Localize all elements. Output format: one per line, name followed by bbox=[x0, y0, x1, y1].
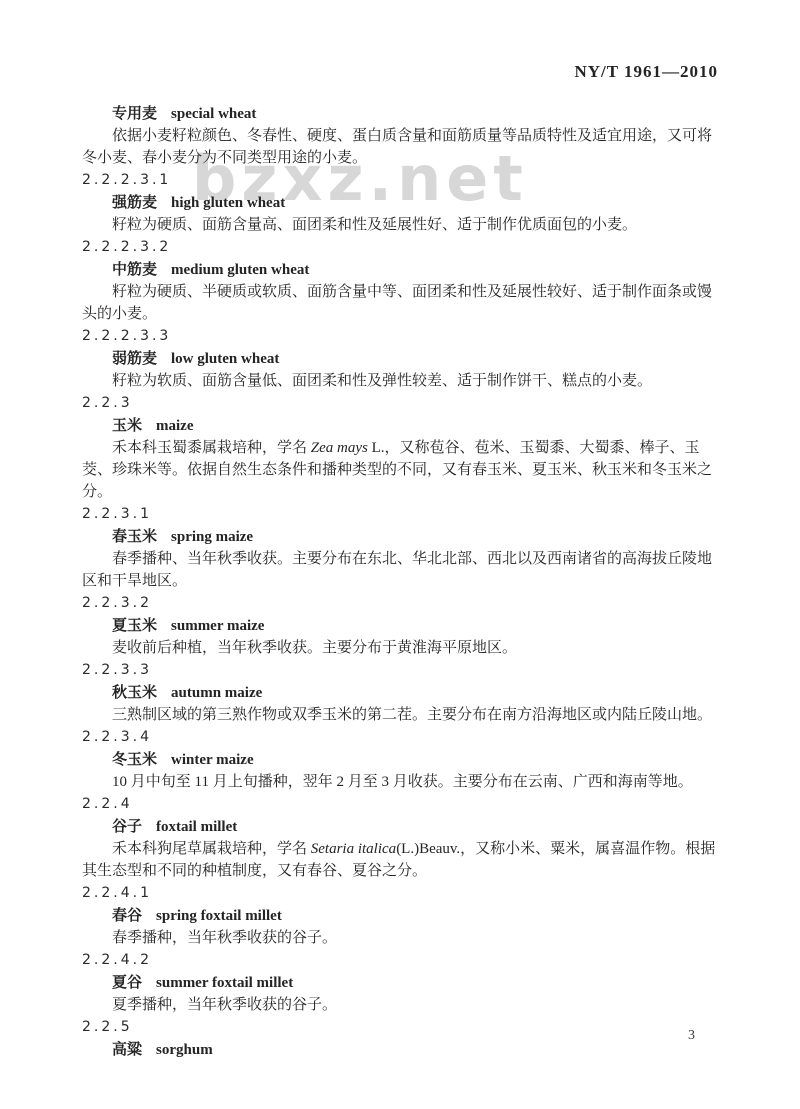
term-line: 夏玉米summer maize bbox=[82, 614, 718, 637]
section-number: 2.2.2.3.3 bbox=[82, 325, 718, 347]
term-zh: 夏玉米 bbox=[112, 616, 157, 634]
term-definition: 依据小麦籽粒颜色、冬春性、硬度、蛋白质含量和面筋质量等品质特性及适宜用途，又可将… bbox=[82, 125, 718, 169]
term-entry: 2.2.3.2 夏玉米summer maize 麦收前后种植，当年秋季收获。主要… bbox=[82, 592, 718, 659]
term-entry: 2.2.4.2 夏谷summer foxtail millet 夏季播种，当年秋… bbox=[82, 949, 718, 1016]
term-en: special wheat bbox=[171, 106, 256, 122]
term-entry: 2.2.2.3.1 强筋麦high gluten wheat 籽粒为硬质、面筋含… bbox=[82, 169, 718, 236]
term-zh: 弱筋麦 bbox=[112, 349, 157, 367]
term-en: summer foxtail millet bbox=[156, 975, 293, 991]
term-line: 玉米maize bbox=[82, 414, 718, 437]
term-zh: 玉米 bbox=[112, 416, 142, 434]
term-line: 春玉米spring maize bbox=[82, 525, 718, 548]
term-definition: 麦收前后种植，当年秋季收获。主要分布于黄淮海平原地区。 bbox=[82, 637, 718, 659]
term-zh: 夏谷 bbox=[112, 973, 142, 991]
term-entry: 2.2.3.4 冬玉米winter maize 10 月中旬至 11 月上旬播种… bbox=[82, 726, 718, 793]
term-zh: 高粱 bbox=[112, 1040, 142, 1058]
term-entry: 2.2.4 谷子foxtail millet 禾本科狗尾草属栽培种，学名 Set… bbox=[82, 793, 718, 882]
definition-text: 禾本科狗尾草属栽培种，学名 bbox=[112, 841, 311, 857]
term-definition: 籽粒为软质、面筋含量低、面团柔和性及弹性较差、适于制作饼干、糕点的小麦。 bbox=[82, 370, 718, 392]
term-line: 夏谷summer foxtail millet bbox=[82, 971, 718, 994]
definition-text: 禾本科玉蜀黍属栽培种，学名 bbox=[112, 440, 311, 456]
term-en: high gluten wheat bbox=[171, 195, 285, 211]
section-number: 2.2.2.3.1 bbox=[82, 169, 718, 191]
term-zh: 秋玉米 bbox=[112, 683, 157, 701]
term-entry: 2.2.3 玉米maize 禾本科玉蜀黍属栽培种，学名 Zea mays L.，… bbox=[82, 392, 718, 503]
term-en: winter maize bbox=[171, 752, 254, 768]
term-line: 冬玉米winter maize bbox=[82, 748, 718, 771]
section-number: 2.2.5 bbox=[82, 1016, 718, 1038]
term-entry: 2.2.2.3.3 弱筋麦low gluten wheat 籽粒为软质、面筋含量… bbox=[82, 325, 718, 392]
scientific-name: Setaria italica bbox=[311, 841, 396, 857]
term-definition: 10 月中旬至 11 月上旬播种，翌年 2 月至 3 月收获。主要分布在云南、广… bbox=[82, 771, 718, 793]
term-definition: 禾本科玉蜀黍属栽培种，学名 Zea mays L.，又称苞谷、苞米、玉蜀黍、大蜀… bbox=[82, 437, 718, 503]
section-number: 2.2.4.2 bbox=[82, 949, 718, 971]
term-definition: 夏季播种，当年秋季收获的谷子。 bbox=[82, 994, 718, 1016]
section-number: 2.2.3.1 bbox=[82, 503, 718, 525]
document-page: NY/T 1961—2010 bzxz.net 专用麦special wheat… bbox=[0, 0, 800, 1109]
term-definition: 籽粒为硬质、面筋含量高、面团柔和性及延展性好、适于制作优质面包的小麦。 bbox=[82, 214, 718, 236]
term-zh: 谷子 bbox=[112, 817, 142, 835]
term-entry: 2.2.2.3.2 中筋麦medium gluten wheat 籽粒为硬质、半… bbox=[82, 236, 718, 325]
term-line: 春谷spring foxtail millet bbox=[82, 904, 718, 927]
standard-code-header: NY/T 1961—2010 bbox=[0, 62, 718, 82]
scientific-name: Zea mays bbox=[311, 440, 368, 456]
page-number: 3 bbox=[688, 1028, 695, 1044]
term-zh: 春玉米 bbox=[112, 527, 157, 545]
term-en: spring foxtail millet bbox=[156, 908, 282, 924]
section-number: 2.2.3 bbox=[82, 392, 718, 414]
term-en: autumn maize bbox=[171, 685, 262, 701]
term-definition: 春季播种，当年秋季收获的谷子。 bbox=[82, 927, 718, 949]
term-line: 中筋麦medium gluten wheat bbox=[82, 258, 718, 281]
section-number: 2.2.3.2 bbox=[82, 592, 718, 614]
term-en: low gluten wheat bbox=[171, 351, 279, 367]
section-number: 2.2.4.1 bbox=[82, 882, 718, 904]
term-entry: 专用麦special wheat 依据小麦籽粒颜色、冬春性、硬度、蛋白质含量和面… bbox=[82, 102, 718, 169]
section-number: 2.2.3.3 bbox=[82, 659, 718, 681]
term-en: foxtail millet bbox=[156, 819, 237, 835]
term-definition: 禾本科狗尾草属栽培种，学名 Setaria italica(L.)Beauv.，… bbox=[82, 838, 718, 882]
term-line: 专用麦special wheat bbox=[82, 102, 718, 125]
term-zh: 冬玉米 bbox=[112, 750, 157, 768]
term-en: sorghum bbox=[156, 1042, 213, 1058]
section-number: 2.2.3.4 bbox=[82, 726, 718, 748]
term-zh: 春谷 bbox=[112, 906, 142, 924]
term-line: 高粱sorghum bbox=[82, 1038, 718, 1061]
section-number: 2.2.2.3.2 bbox=[82, 236, 718, 258]
term-en: summer maize bbox=[171, 618, 264, 634]
term-line: 弱筋麦low gluten wheat bbox=[82, 347, 718, 370]
term-definition: 三熟制区域的第三熟作物或双季玉米的第二茬。主要分布在南方沿海地区或内陆丘陵山地。 bbox=[82, 704, 718, 726]
term-zh: 专用麦 bbox=[112, 104, 157, 122]
document-body: 专用麦special wheat 依据小麦籽粒颜色、冬春性、硬度、蛋白质含量和面… bbox=[82, 102, 718, 1061]
term-entry: 2.2.4.1 春谷spring foxtail millet 春季播种，当年秋… bbox=[82, 882, 718, 949]
term-en: spring maize bbox=[171, 529, 253, 545]
term-entry: 2.2.3.1 春玉米spring maize 春季播种、当年秋季收获。主要分布… bbox=[82, 503, 718, 592]
term-line: 谷子foxtail millet bbox=[82, 815, 718, 838]
term-definition: 春季播种、当年秋季收获。主要分布在东北、华北北部、西北以及西南诸省的高海拔丘陵地… bbox=[82, 548, 718, 592]
term-entry: 2.2.5 高粱sorghum bbox=[82, 1016, 718, 1061]
term-zh: 中筋麦 bbox=[112, 260, 157, 278]
term-line: 强筋麦high gluten wheat bbox=[82, 191, 718, 214]
term-entry: 2.2.3.3 秋玉米autumn maize 三熟制区域的第三熟作物或双季玉米… bbox=[82, 659, 718, 726]
term-zh: 强筋麦 bbox=[112, 193, 157, 211]
term-definition: 籽粒为硬质、半硬质或软质、面筋含量中等、面团柔和性及延展性较好、适于制作面条或馒… bbox=[82, 281, 718, 325]
term-line: 秋玉米autumn maize bbox=[82, 681, 718, 704]
term-en: maize bbox=[156, 418, 193, 434]
section-number: 2.2.4 bbox=[82, 793, 718, 815]
term-en: medium gluten wheat bbox=[171, 262, 309, 278]
